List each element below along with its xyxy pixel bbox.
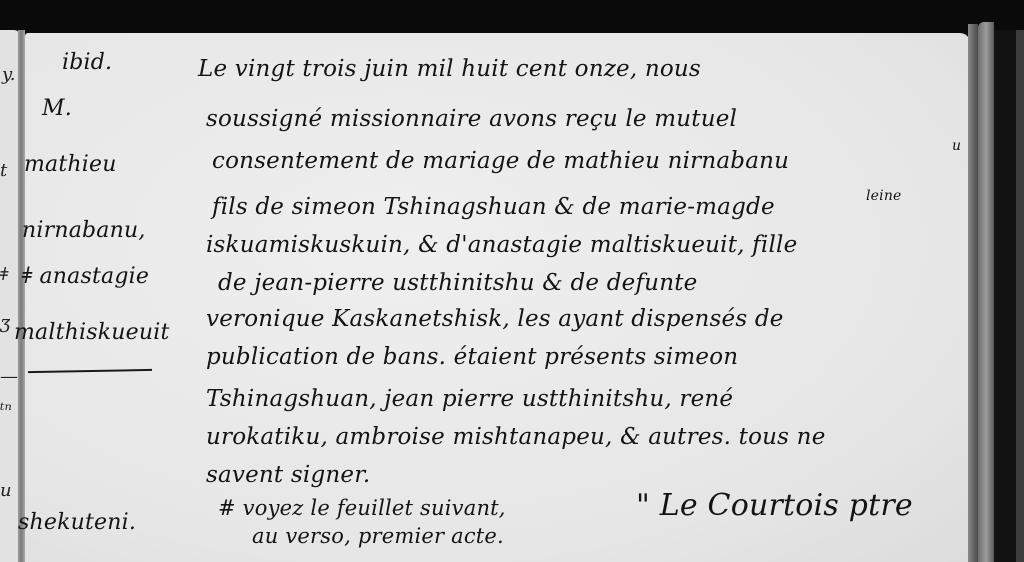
entry-superscript-u: u: [952, 138, 961, 154]
entry-line-3: consentement de mariage de mathieu nirna…: [212, 148, 789, 174]
margin-bride-first-name: ǂ anastagie: [22, 264, 149, 289]
entry-line-4: fils de simeon Tshinagshuan & de marie-m…: [212, 194, 775, 220]
margin-entry-type: M.: [42, 96, 72, 121]
scan-top-border: [0, 0, 1024, 32]
entry-line-1: Le vingt trois juin mil huit cent onze, …: [198, 56, 701, 82]
entry-line-5: iskuamiskuskuin, & d'anastagie maltiskue…: [206, 232, 797, 258]
left-page-fragment: ᵗⁿ: [0, 400, 12, 421]
margin-ref-ibid: ibid.: [62, 50, 112, 75]
book-gutter: [18, 30, 25, 562]
left-page-fragment: ǂ: [0, 264, 8, 285]
book-binding: [978, 22, 994, 562]
entry-superscript-leine: leine: [866, 188, 902, 204]
entry-line-8: publication de bans. étaient présents si…: [206, 344, 738, 370]
left-page-fragment: —: [0, 366, 18, 387]
left-page-fragment: u: [0, 480, 12, 501]
left-page-fragment: t: [0, 160, 7, 181]
left-page-fragment: Ʒ: [0, 316, 10, 337]
entry-line-6: de jean-pierre ustthinitshu & de defunte: [218, 270, 697, 296]
page-edge-shadow: [968, 24, 978, 562]
margin-groom-surname: nirnabanu,: [22, 218, 146, 243]
binding-dark: [994, 30, 1016, 562]
entry-line-9: Tshinagshuan, jean pierre ustthinitshu, …: [206, 386, 733, 412]
margin-bride-surname: malthiskueuit: [14, 320, 170, 345]
entry-line-7: veronique Kaskanetshisk, les ayant dispe…: [206, 306, 784, 332]
entry-line-11: savent signer.: [206, 462, 370, 488]
footnote-line-2: au verso, premier acte.: [252, 524, 504, 548]
left-page-fragment: y.: [2, 64, 16, 85]
priest-signature: " Le Courtois ptre: [636, 488, 913, 523]
entry-line-10: urokatiku, ambroise mishtanapeu, & autre…: [206, 424, 826, 450]
footnote-line-1: # voyez le feuillet suivant,: [218, 496, 506, 520]
entry-line-2: soussigné missionnaire avons reçu le mut…: [206, 106, 737, 132]
binding-outer: [1016, 30, 1024, 562]
margin-bottom-note: shekuteni.: [18, 510, 136, 535]
margin-groom-first-name: mathieu: [24, 152, 117, 177]
